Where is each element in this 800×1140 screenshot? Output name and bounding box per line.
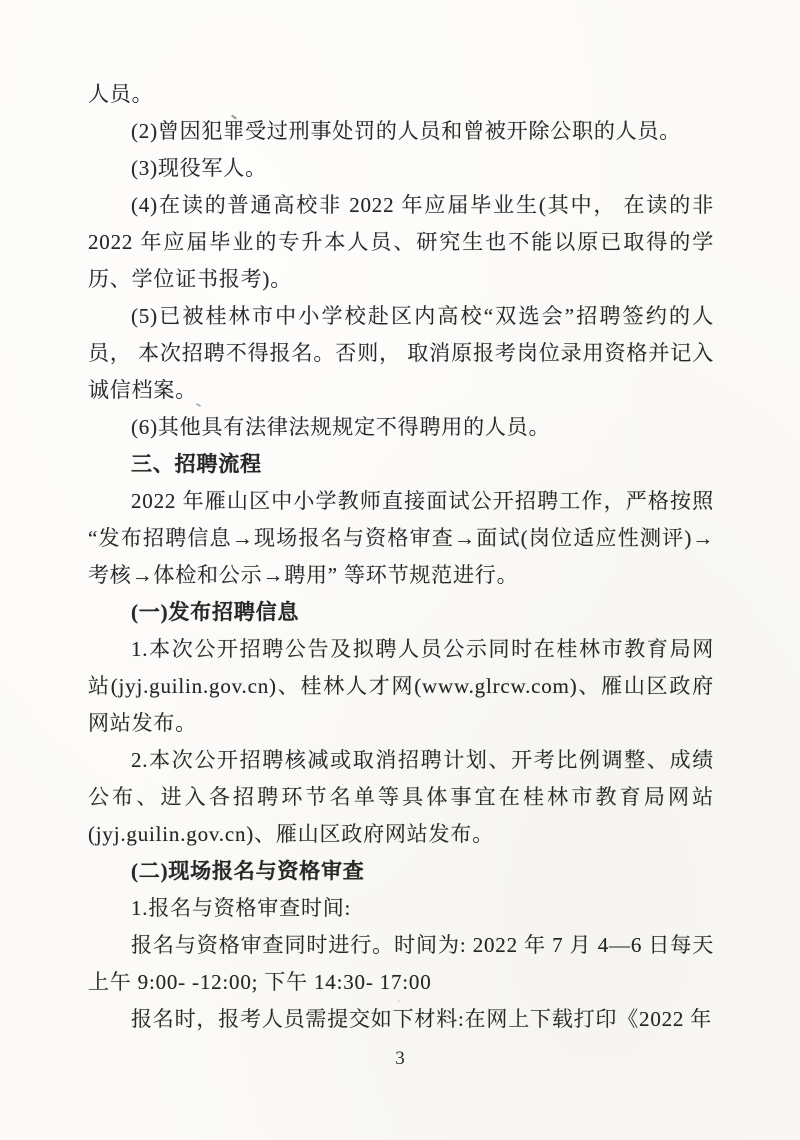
subsection-heading-publish-info: (一)发布招聘信息 <box>88 594 714 631</box>
paragraph-continuation: 人员。 <box>88 76 714 113</box>
scanned-page: 人员。 (2)曾因犯罪受过刑事处罚的人员和曾被开除公职的人员。 (3)现役军人。… <box>0 0 800 1140</box>
paragraph-materials: 报名时，报考人员需提交如下材料:在网上下载打印《2022 年 <box>88 1001 714 1038</box>
scan-speck <box>398 1000 400 1002</box>
paragraph-item-5: (5)已被桂林市中小学校赴区内高校“双选会”招聘签约的人员， 本次招聘不得报名。… <box>88 298 714 409</box>
paragraph-item-6: (6)其他具有法律法规规定不得聘用的人员。 <box>88 409 714 446</box>
section-heading-recruitment-process: 三、招聘流程 <box>88 446 714 483</box>
paragraph-publish-2: 2.本次公开招聘核减或取消招聘计划、开考比例调整、成绩公布、进入各招聘环节名单等… <box>88 742 714 853</box>
paragraph-registration-time: 报名与资格审查同时进行。时间为: 2022 年 7 月 4—6 日每天上午 9:… <box>88 927 714 1001</box>
paragraph-publish-1: 1.本次公开招聘公告及拟聘人员公示同时在桂林市教育局网站(jyj.guilin.… <box>88 631 714 742</box>
paragraph-item-2: (2)曾因犯罪受过刑事处罚的人员和曾被开除公职的人员。 <box>88 113 714 150</box>
paragraph-item-4: (4)在读的普通高校非 2022 年应届毕业生(其中， 在读的非 2022 年应… <box>88 187 714 298</box>
paragraph-process-overview: 2022 年雁山区中小学教师直接面试公开招聘工作，严格按照“发布招聘信息→现场报… <box>88 483 714 594</box>
document-body: 人员。 (2)曾因犯罪受过刑事处罚的人员和曾被开除公职的人员。 (3)现役军人。… <box>88 76 714 1038</box>
page-number: 3 <box>0 1048 800 1070</box>
subsection-heading-onsite-registration: (二)现场报名与资格审查 <box>88 853 714 890</box>
paragraph-registration-time-label: 1.报名与资格审查时间: <box>88 890 714 927</box>
paragraph-item-3: (3)现役军人。 <box>88 150 714 187</box>
